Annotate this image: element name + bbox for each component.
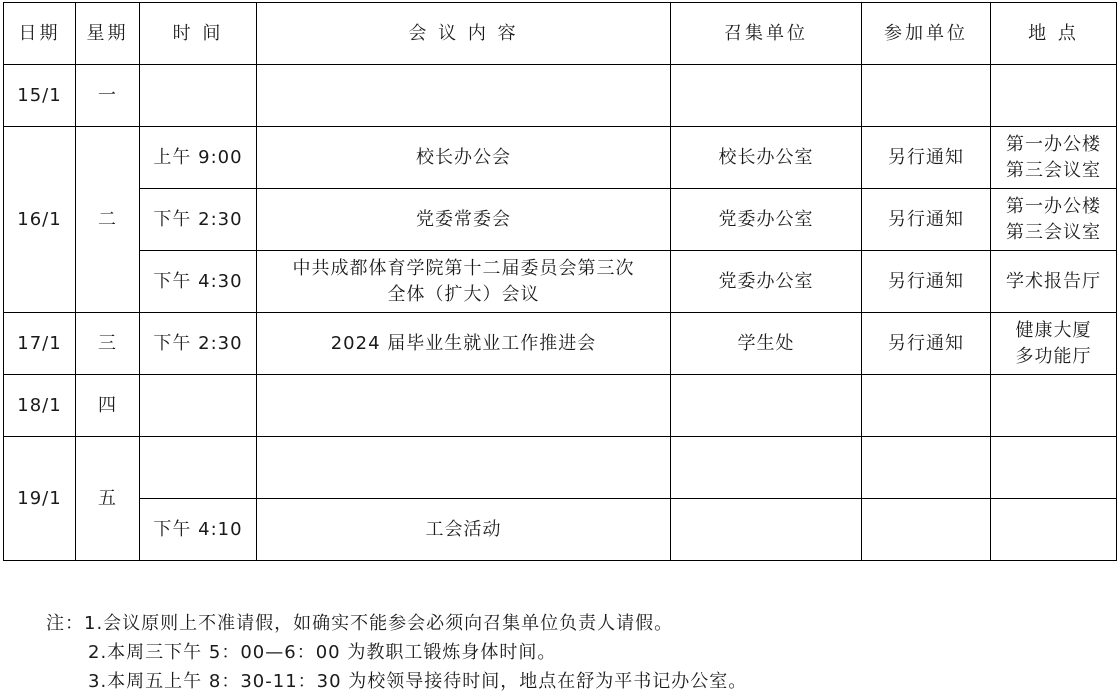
location-cell (991, 499, 1117, 561)
content-cell (257, 65, 671, 127)
time-cell: 下午 4:30 (140, 251, 257, 313)
time-cell (140, 375, 257, 437)
note-text: 1.会议原则上不准请假，如确实不能参会必须向召集单位负责人请假。 (84, 613, 673, 634)
content-cell: 校长办公会 (257, 127, 671, 189)
location-cell (991, 65, 1117, 127)
header-location: 地 点 (991, 3, 1117, 65)
note-item: 3.本周五上午 8：30-11：30 为校领导接待时间，地点在舒为平书记办公室。 (46, 667, 747, 696)
note-item: 2.本周三下午 5：00—6：00 为教职工锻炼身体时间。 (46, 638, 747, 667)
convener-cell: 学生处 (671, 313, 862, 375)
participants-cell: 另行通知 (862, 189, 991, 251)
location-cell (991, 437, 1117, 499)
header-participants: 参加单位 (862, 3, 991, 65)
participants-cell (862, 375, 991, 437)
content-cell: 工会活动 (257, 499, 671, 561)
time-cell: 上午 9:00 (140, 127, 257, 189)
location-cell: 第一办公楼 第三会议室 (991, 189, 1117, 251)
date-cell: 18/1 (4, 375, 76, 437)
participants-cell: 另行通知 (862, 313, 991, 375)
location-line: 健康大厦 (995, 318, 1112, 344)
meeting-schedule-table: 日期 星期 时 间 会 议 内 容 召集单位 参加单位 地 点 15/1 一 1… (3, 2, 1117, 561)
location-line: 第三会议室 (995, 158, 1112, 184)
location-line: 第一办公楼 (995, 194, 1112, 220)
participants-cell (862, 499, 991, 561)
participants-cell (862, 437, 991, 499)
table-row: 18/1 四 (4, 375, 1117, 437)
header-time: 时 间 (140, 3, 257, 65)
time-cell: 下午 4:10 (140, 499, 257, 561)
location-line: 多功能厅 (995, 344, 1112, 370)
content-cell: 2024 届毕业生就业工作推进会 (257, 313, 671, 375)
content-cell: 中共成都体育学院第十二届委员会第三次 全体（扩大）会议 (257, 251, 671, 313)
time-cell: 下午 2:30 (140, 313, 257, 375)
weekday-cell: 五 (76, 437, 140, 561)
notes-prefix: 注： (46, 613, 84, 634)
location-cell: 学术报告厅 (991, 251, 1117, 313)
time-cell (140, 437, 257, 499)
header-row: 日期 星期 时 间 会 议 内 容 召集单位 参加单位 地 点 (4, 3, 1117, 65)
content-cell: 党委常委会 (257, 189, 671, 251)
header-weekday: 星期 (76, 3, 140, 65)
participants-cell: 另行通知 (862, 127, 991, 189)
date-cell: 16/1 (4, 127, 76, 313)
location-cell (991, 375, 1117, 437)
convener-cell: 党委办公室 (671, 251, 862, 313)
note-item: 注：1.会议原则上不准请假，如确实不能参会必须向召集单位负责人请假。 (46, 609, 747, 638)
convener-cell: 党委办公室 (671, 189, 862, 251)
convener-cell: 校长办公室 (671, 127, 862, 189)
content-cell (257, 437, 671, 499)
time-cell (140, 65, 257, 127)
location-cell: 第一办公楼 第三会议室 (991, 127, 1117, 189)
table-row: 下午 2:30 党委常委会 党委办公室 另行通知 第一办公楼 第三会议室 (4, 189, 1117, 251)
convener-cell (671, 65, 862, 127)
location-line: 第三会议室 (995, 220, 1112, 246)
convener-cell (671, 375, 862, 437)
participants-cell: 另行通知 (862, 251, 991, 313)
date-cell: 17/1 (4, 313, 76, 375)
table-row: 16/1 二 上午 9:00 校长办公会 校长办公室 另行通知 第一办公楼 第三… (4, 127, 1117, 189)
weekday-cell: 一 (76, 65, 140, 127)
location-cell: 健康大厦 多功能厅 (991, 313, 1117, 375)
participants-cell (862, 65, 991, 127)
convener-cell (671, 437, 862, 499)
weekday-cell: 四 (76, 375, 140, 437)
content-line: 中共成都体育学院第十二届委员会第三次 (261, 256, 666, 282)
table-row: 15/1 一 (4, 65, 1117, 127)
header-content: 会 议 内 容 (257, 3, 671, 65)
table-row: 下午 4:10 工会活动 (4, 499, 1117, 561)
convener-cell (671, 499, 862, 561)
weekday-cell: 二 (76, 127, 140, 313)
date-cell: 15/1 (4, 65, 76, 127)
notes-section: 注：1.会议原则上不准请假，如确实不能参会必须向召集单位负责人请假。 2.本周三… (46, 609, 747, 696)
table-row: 19/1 五 (4, 437, 1117, 499)
date-cell: 19/1 (4, 437, 76, 561)
weekday-cell: 三 (76, 313, 140, 375)
location-line: 第一办公楼 (995, 132, 1112, 158)
content-cell (257, 375, 671, 437)
table-row: 17/1 三 下午 2:30 2024 届毕业生就业工作推进会 学生处 另行通知… (4, 313, 1117, 375)
table-row: 下午 4:30 中共成都体育学院第十二届委员会第三次 全体（扩大）会议 党委办公… (4, 251, 1117, 313)
header-date: 日期 (4, 3, 76, 65)
content-line: 全体（扩大）会议 (261, 282, 666, 308)
time-cell: 下午 2:30 (140, 189, 257, 251)
header-convener: 召集单位 (671, 3, 862, 65)
